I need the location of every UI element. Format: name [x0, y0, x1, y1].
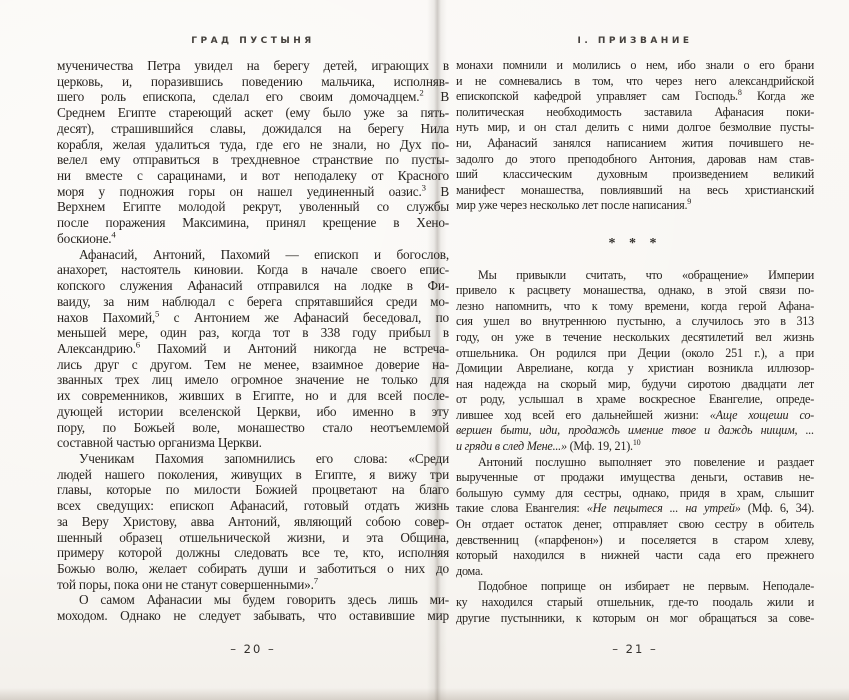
text-line: всех сведущих: епископ Афанасий, готовый…: [57, 498, 449, 514]
text-line: монахи помнили и молились о нем, ибо зна…: [456, 58, 814, 74]
text-line: и не сомневались в том, что через него а…: [456, 74, 814, 90]
text-line: их современников, живших в Египте, но и …: [57, 388, 449, 404]
text-line: моря у подножия горы он нашел уединенный…: [57, 184, 449, 200]
text-line: отшельника. Он родился при Деции (около …: [456, 346, 814, 362]
text-line: сия ушел во внутреннюю пустыню, а случил…: [456, 314, 814, 330]
text-line: званных трех лиц имело огромное значение…: [57, 372, 449, 388]
text-line: Антоний послушно выполняет это повеление…: [456, 455, 814, 471]
text-line: пору, по Божьей воле, монашество стало н…: [57, 420, 449, 436]
text-line: мученичества Петра увидел на берегу дете…: [57, 58, 449, 74]
text-line: году, он уже в течение нескольких десяти…: [456, 330, 814, 346]
page-left-text: мученичества Петра увидел на берегу дете…: [57, 58, 449, 624]
page-number-left: – 20 –: [57, 642, 449, 656]
text-line: анахорет, настоятель киновии. Когда в на…: [57, 262, 449, 278]
running-header-left: ГРАД ПУСТЫНЯ: [57, 36, 449, 46]
page-right-text: монахи помнили и молились о нем, ибо зна…: [456, 58, 814, 626]
text-line: мир уже через несколько лет после написа…: [456, 198, 814, 214]
text-line: велел ему отправиться в трехдневное стра…: [57, 152, 449, 168]
text-line: вырученные от продажи имущества деньги, …: [456, 470, 814, 486]
text-line: епископской кафедрой управляет сам Госпо…: [456, 89, 814, 105]
text-line: политическая необходимость заставила Афа…: [456, 105, 814, 121]
text-line: шего роль епископа, сделал его своим дом…: [57, 89, 449, 105]
text-line: нуть мир, и он стал делить с ними долгое…: [456, 120, 814, 136]
text-line: лезно напомнить, что к тому времени, ког…: [456, 299, 814, 315]
text-line: и гряди в след Мене...» (Мф. 19, 21).10: [456, 439, 814, 455]
text-line: Подобное поприще он избирает не первым. …: [456, 579, 814, 595]
text-line: Среднем Египте стареющий аскет (ему было…: [57, 105, 449, 121]
text-line: той поры, пока они не станут совершенным…: [57, 577, 449, 593]
text-line: людей нашего поколения, живущих в Египте…: [57, 467, 449, 483]
text-line: лись друг с другом. Тем не менее, взаимн…: [57, 357, 449, 373]
text-line: нахов Пахомий,5 с Антонием же Афанасий б…: [57, 310, 449, 326]
text-line: Домиции Аврелиане, когда у христиан возн…: [456, 361, 814, 377]
text-line: ваиду, за ним наблюдал с берега спрятавш…: [57, 294, 449, 310]
text-line: который находился в нижней части сада ег…: [456, 548, 814, 564]
text-line: главы, которые по милости Божией процвет…: [57, 482, 449, 498]
text-line: Он отдает остаток денег, отправляет свою…: [456, 517, 814, 533]
text-line: ни, Афанасий занялся написанием жития по…: [456, 136, 814, 152]
text-line: девственниц («парфенон») и поселяется в …: [456, 533, 814, 549]
section-separator: * * *: [456, 214, 814, 268]
text-line: копского служения Афанасий отправился на…: [57, 278, 449, 294]
text-line: дома.: [456, 564, 814, 580]
text-line: десят), страшившийся славы, дожидался на…: [57, 121, 449, 137]
text-line: от роду, услышал в храме воскресное Еван…: [456, 392, 814, 408]
book-scan: ГРАД ПУСТЫНЯ I. ПРИЗВАНИЕ мученичества П…: [0, 0, 849, 700]
text-line: примеру которой должны следовать все те,…: [57, 545, 449, 561]
text-line: вершен быти, иди, продаждь имение твое и…: [456, 423, 814, 439]
text-line: моходом. Однако не следует забывать, что…: [57, 608, 449, 624]
text-line: большую сумму для сестры, однако, придя …: [456, 486, 814, 502]
text-line: составной частью организма Церкви.: [57, 435, 449, 451]
text-line: корабля, желая удалиться туда, где его н…: [57, 137, 449, 153]
text-line: О самом Афанасии мы будем говорить здесь…: [57, 592, 449, 608]
text-line: манифест монашества, повлиявший на весь …: [456, 183, 814, 199]
text-line: ная надежда на скорый мир, будучи сирото…: [456, 377, 814, 393]
text-line: задолго до этого преподобного Антония, д…: [456, 152, 814, 168]
text-line: привело к расцвету монашества, однако, в…: [456, 283, 814, 299]
page-number-right: – 21 –: [456, 642, 814, 656]
text-line: Верхнем Египте молодой рекрут, уволенный…: [57, 199, 449, 215]
text-line: за Веру Христову, авва Антоний, являющий…: [57, 514, 449, 530]
text-line: ку находился старый отшельник, где-то по…: [456, 595, 814, 611]
text-line: дующей истории вселенской Церкви, ибо им…: [57, 404, 449, 420]
running-header-right: I. ПРИЗВАНИЕ: [456, 36, 814, 46]
text-line: такие слова Евангелия: «Не пецытеся ... …: [456, 501, 814, 517]
text-line: другие пустынники, к которым он мог обра…: [456, 611, 814, 627]
text-line: лившее ход всей его дальнейшей жизни: «А…: [456, 408, 814, 424]
text-line: Божью волю, желает собирать души и забот…: [57, 561, 449, 577]
scan-bottom-shadow: [0, 688, 849, 700]
text-line: церковь, и, поразившись поведению мальчи…: [57, 74, 449, 90]
text-line: шенный образец отшельнической жизни, и э…: [57, 530, 449, 546]
text-line: Ученикам Пахомия запомнились его слова: …: [57, 451, 449, 467]
text-line: ший классическим духовным произведением …: [456, 167, 814, 183]
text-line: Александрию.6 Пахомий и Антоний никогда …: [57, 341, 449, 357]
text-line: Мы привыкли считать, что «обращение» Имп…: [456, 268, 814, 284]
text-line: боскионе.4: [57, 231, 449, 247]
text-line: меньшей мере, один раз, когда тот в 338 …: [57, 325, 449, 341]
text-line: Афанасий, Антоний, Пахомий — епископ и б…: [57, 247, 449, 263]
text-line: ни вместе с сарацинами, и вот неподалеку…: [57, 168, 449, 184]
